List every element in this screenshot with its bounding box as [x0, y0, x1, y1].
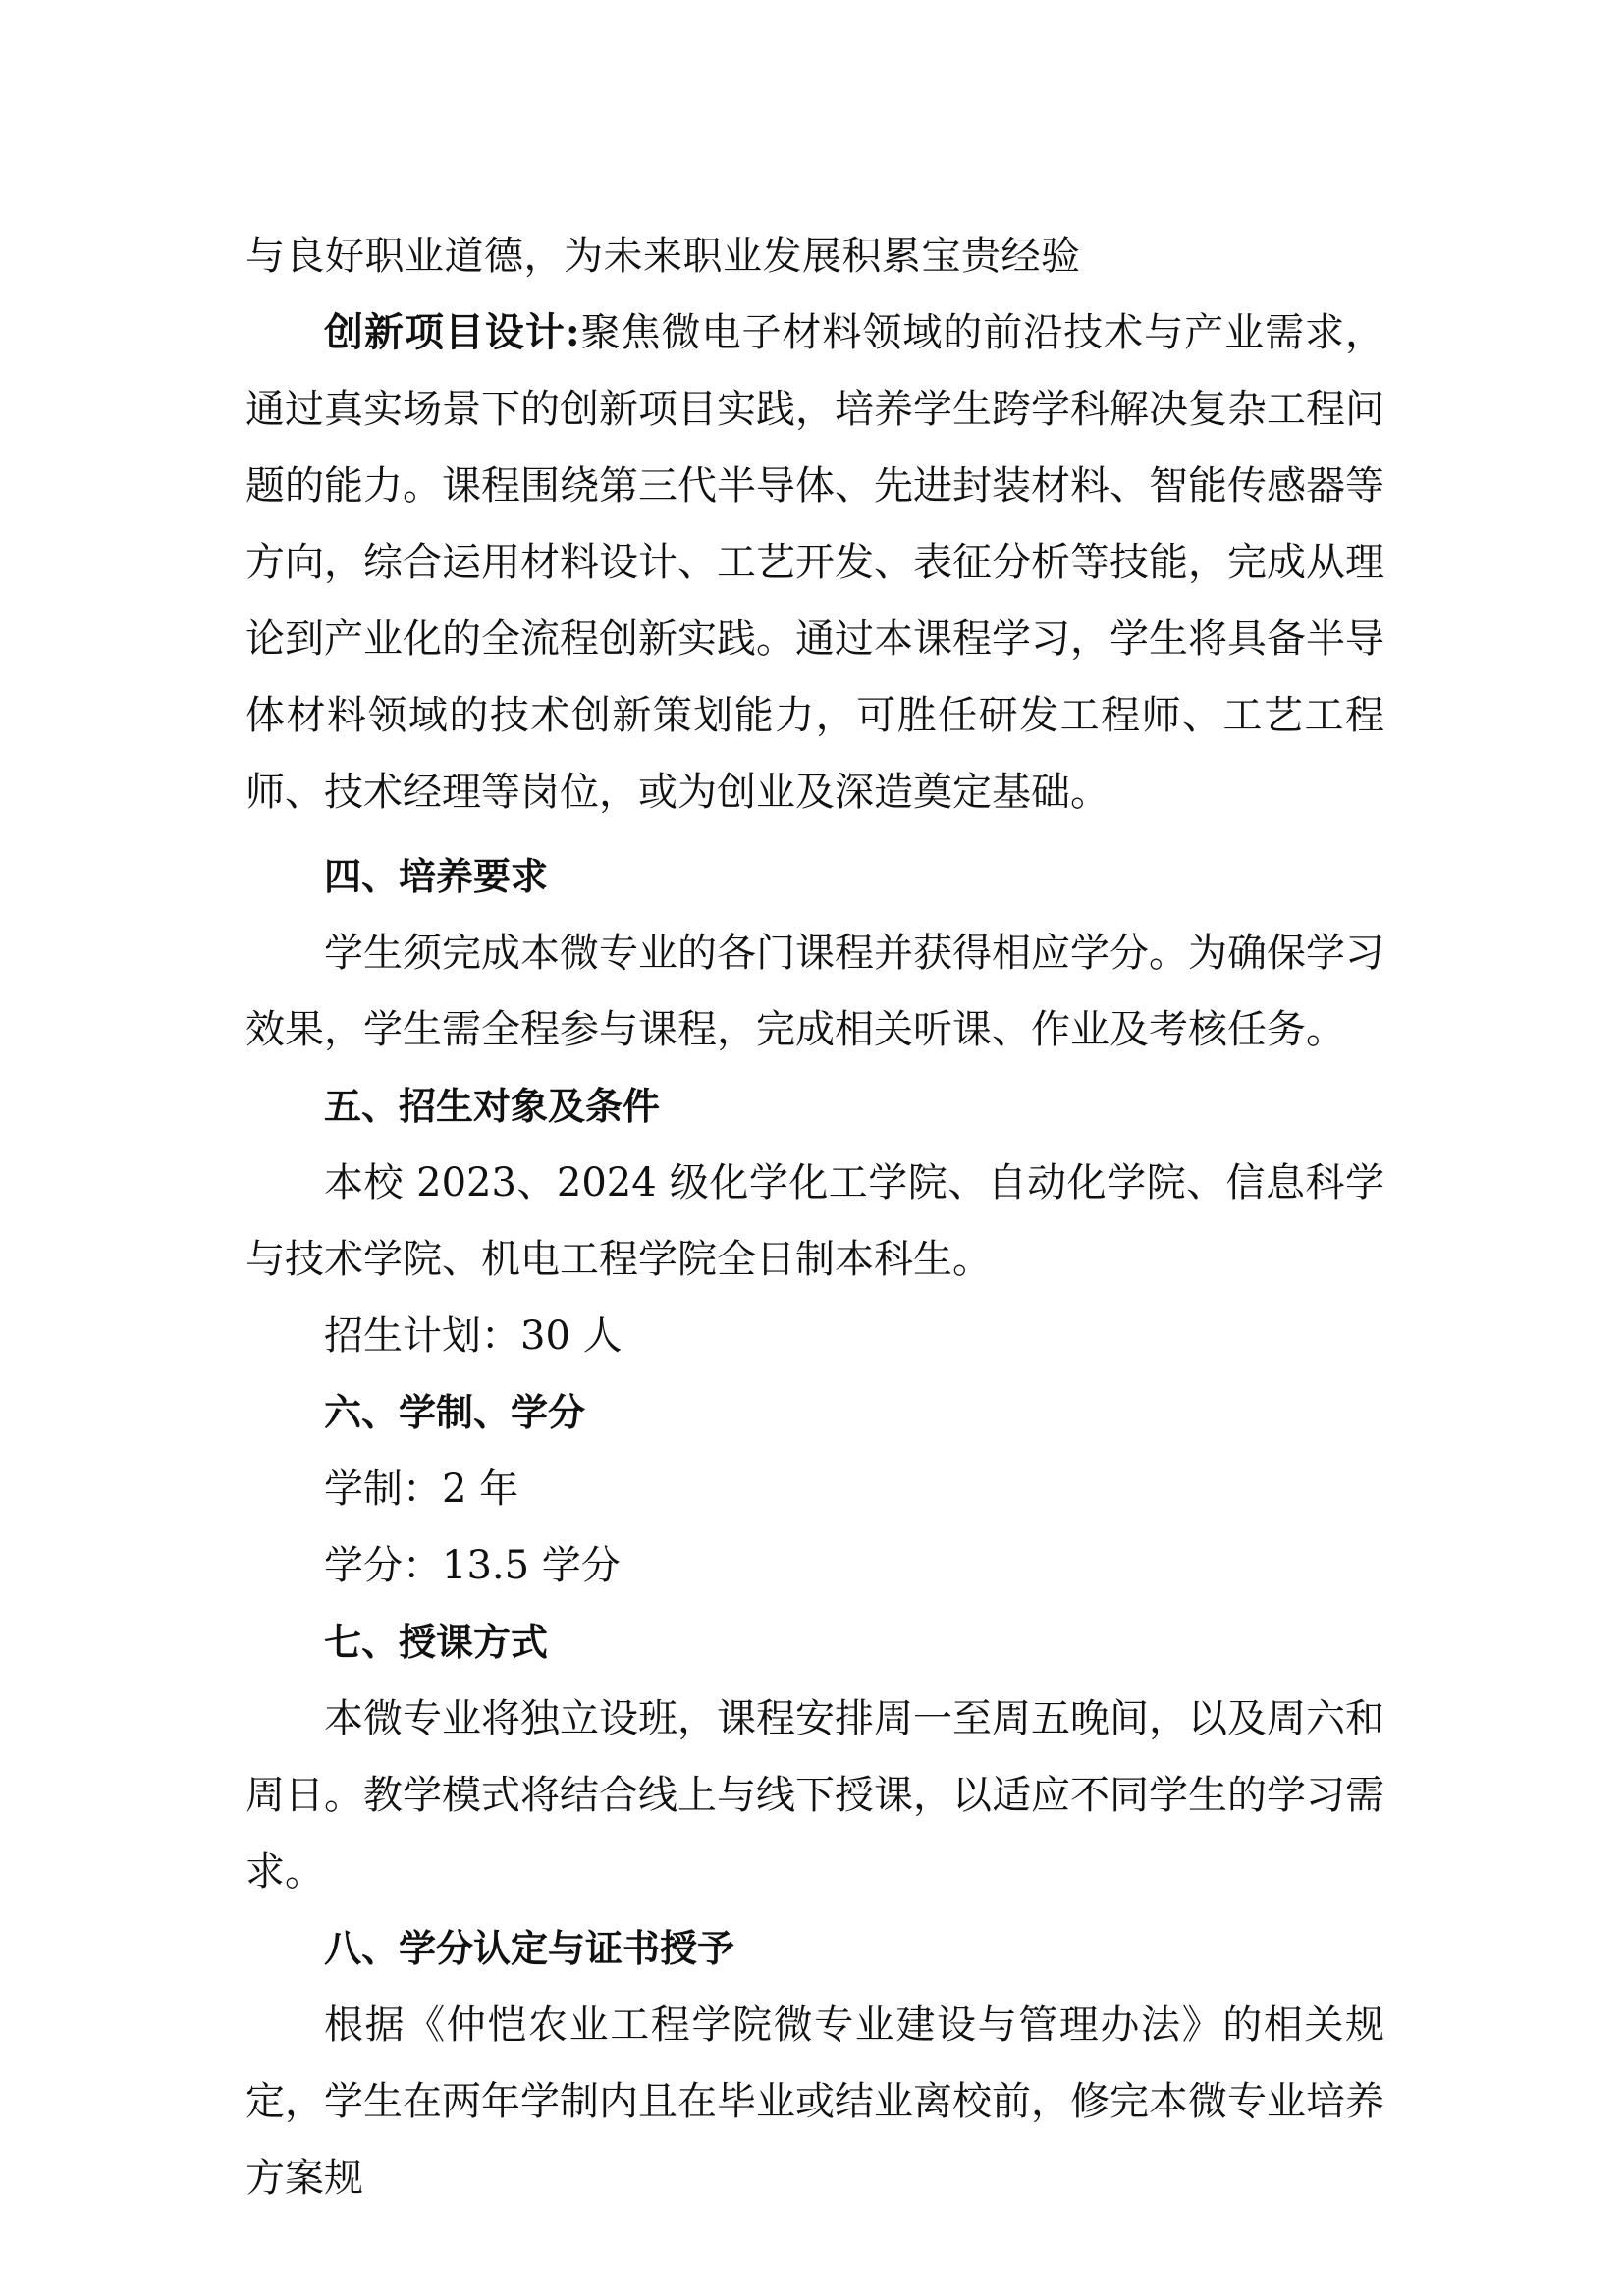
innovation-text: 聚焦微电子材料领域的前沿技术与产业需求，通过真实场景下的创新项目实践，培养学生跨… [245, 310, 1384, 815]
enrollment-eligibility-text: 本校 2023、2024 级化学化工学院、自动化学院、信息科学与技术学院、机电工… [245, 1145, 1384, 1298]
innovation-paragraph: 创新项目设计:聚焦微电子材料领域的前沿技术与产业需求，通过真实场景下的创新项目实… [245, 294, 1384, 830]
enrollment-plan-text: 招生计划：30 人 [245, 1298, 1384, 1374]
teaching-mode-text: 本微专业将独立设班，课程安排周一至周五晚间，以及周六和周日。教学模式将结合线上与… [245, 1681, 1384, 1910]
duration-text: 学制：2 年 [245, 1451, 1384, 1527]
section-heading-teaching-mode: 七、授课方式 [245, 1604, 1384, 1681]
section-heading-duration-credits: 六、学制、学分 [245, 1374, 1384, 1451]
training-requirements-text: 学生须完成本微专业的各门课程并获得相应学分。为确保学习效果，学生需全程参与课程，… [245, 915, 1384, 1068]
section-heading-enrollment: 五、招生对象及条件 [245, 1068, 1384, 1145]
innovation-label: 创新项目设计: [324, 309, 580, 355]
document-page: 与良好职业道德，为未来职业发展积累宝贵经验 创新项目设计:聚焦微电子材料领域的前… [245, 218, 1384, 2216]
credit-certificate-text: 根据《仲恺农业工程学院微专业建设与管理办法》的相关规定，学生在两年学制内且在毕业… [245, 1987, 1384, 2216]
paragraph-continuation: 与良好职业道德，为未来职业发展积累宝贵经验 [245, 218, 1384, 294]
section-heading-training-requirements: 四、培养要求 [245, 838, 1384, 915]
section-heading-credit-certificate: 八、学分认定与证书授予 [245, 1910, 1384, 1987]
credits-text: 学分：13.5 学分 [245, 1527, 1384, 1604]
